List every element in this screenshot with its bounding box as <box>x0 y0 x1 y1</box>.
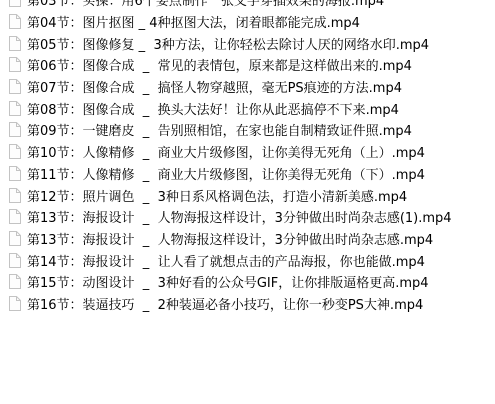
file-name: 第13节：海报设计 _ 人物海报这样设计，3分钟做出时尚杂志感.mp4 <box>27 229 433 248</box>
file-row[interactable]: 第13节：海报设计 _ 人物海报这样设计，3分钟做出时尚杂志感(1).mp4 <box>9 206 495 228</box>
file-name: 第09节：一键磨皮 _ 告别照相馆，在家也能自制精致证件照.mp4 <box>27 120 412 139</box>
file-name: 第16节：装逼技巧 _ 2种装逼必备小技巧，让你一秒变PS大神.mp4 <box>27 294 423 313</box>
file-name: 第04节：图片抠图 _ 4种抠图大法，闭着眼都能完成.mp4 <box>27 12 360 31</box>
blank-file-icon <box>9 14 21 29</box>
file-list: 第03节：实操：用6个要点制作一张文字穿插效果的海报.mp4 第04节：图片抠图… <box>0 0 495 314</box>
blank-file-icon <box>9 36 21 51</box>
file-row[interactable]: 第04节：图片抠图 _ 4种抠图大法，闭着眼都能完成.mp4 <box>9 11 495 33</box>
blank-file-icon <box>9 296 21 311</box>
file-row[interactable]: 第10节：人像精修 _ 商业大片级修图，让你美得无死角（上）.mp4 <box>9 141 495 163</box>
blank-file-icon <box>9 166 21 181</box>
file-name: 第12节：照片调色 _ 3种日系风格调色法，打造小清新美感.mp4 <box>27 186 407 205</box>
blank-file-icon <box>9 188 21 203</box>
file-row[interactable]: 第12节：照片调色 _ 3种日系风格调色法，打造小清新美感.mp4 <box>9 184 495 206</box>
file-row[interactable]: 第16节：装逼技巧 _ 2种装逼必备小技巧，让你一秒变PS大神.mp4 <box>9 293 495 315</box>
file-row[interactable]: 第08节：图像合成 _ 换头大法好！让你从此恶搞停不下来.mp4 <box>9 97 495 119</box>
blank-file-icon <box>9 274 21 289</box>
file-row[interactable]: 第13节：海报设计 _ 人物海报这样设计，3分钟做出时尚杂志感.mp4 <box>9 228 495 250</box>
file-name: 第07节：图像合成 _ 搞怪人物穿越照，毫无PS痕迹的方法.mp4 <box>27 77 402 96</box>
blank-file-icon <box>9 57 21 72</box>
file-name: 第14节：海报设计 _ 让人看了就想点击的产品海报，你也能做.mp4 <box>27 251 425 270</box>
file-row[interactable]: 第11节：人像精修 _ 商业大片级修图，让你美得无死角（下）.mp4 <box>9 163 495 185</box>
blank-file-icon <box>9 231 21 246</box>
file-name: 第13节：海报设计 _ 人物海报这样设计，3分钟做出时尚杂志感(1).mp4 <box>27 207 452 226</box>
file-name: 第05节：图像修复 _ 3种方法，让你轻松去除讨人厌的网络水印.mp4 <box>27 34 429 53</box>
file-row[interactable]: 第09节：一键磨皮 _ 告别照相馆，在家也能自制精致证件照.mp4 <box>9 119 495 141</box>
file-name: 第08节：图像合成 _ 换头大法好！让你从此恶搞停不下来.mp4 <box>27 99 399 118</box>
blank-file-icon <box>9 253 21 268</box>
file-name: 第11节：人像精修 _ 商业大片级修图，让你美得无死角（下）.mp4 <box>27 164 425 183</box>
file-name: 第10节：人像精修 _ 商业大片级修图，让你美得无死角（上）.mp4 <box>27 142 425 161</box>
blank-file-icon <box>9 79 21 94</box>
file-name: 第06节：图像合成 _ 常见的表情包，原来都是这样做出来的.mp4 <box>27 55 412 74</box>
blank-file-icon <box>9 144 21 159</box>
file-row[interactable]: 第03节：实操：用6个要点制作一张文字穿插效果的海报.mp4 <box>9 0 495 11</box>
file-name: 第15节：动图设计 _ 3种好看的公众号GIF，让你排版逼格更高.mp4 <box>27 272 429 291</box>
file-row[interactable]: 第07节：图像合成 _ 搞怪人物穿越照，毫无PS痕迹的方法.mp4 <box>9 76 495 98</box>
file-name: 第03节：实操：用6个要点制作一张文字穿插效果的海报.mp4 <box>27 0 384 9</box>
file-row[interactable]: 第05节：图像修复 _ 3种方法，让你轻松去除讨人厌的网络水印.mp4 <box>9 32 495 54</box>
blank-file-icon <box>9 0 21 7</box>
file-row[interactable]: 第15节：动图设计 _ 3种好看的公众号GIF，让你排版逼格更高.mp4 <box>9 271 495 293</box>
blank-file-icon <box>9 209 21 224</box>
file-row[interactable]: 第06节：图像合成 _ 常见的表情包，原来都是这样做出来的.mp4 <box>9 54 495 76</box>
blank-file-icon <box>9 122 21 137</box>
file-row[interactable]: 第14节：海报设计 _ 让人看了就想点击的产品海报，你也能做.mp4 <box>9 249 495 271</box>
blank-file-icon <box>9 101 21 116</box>
